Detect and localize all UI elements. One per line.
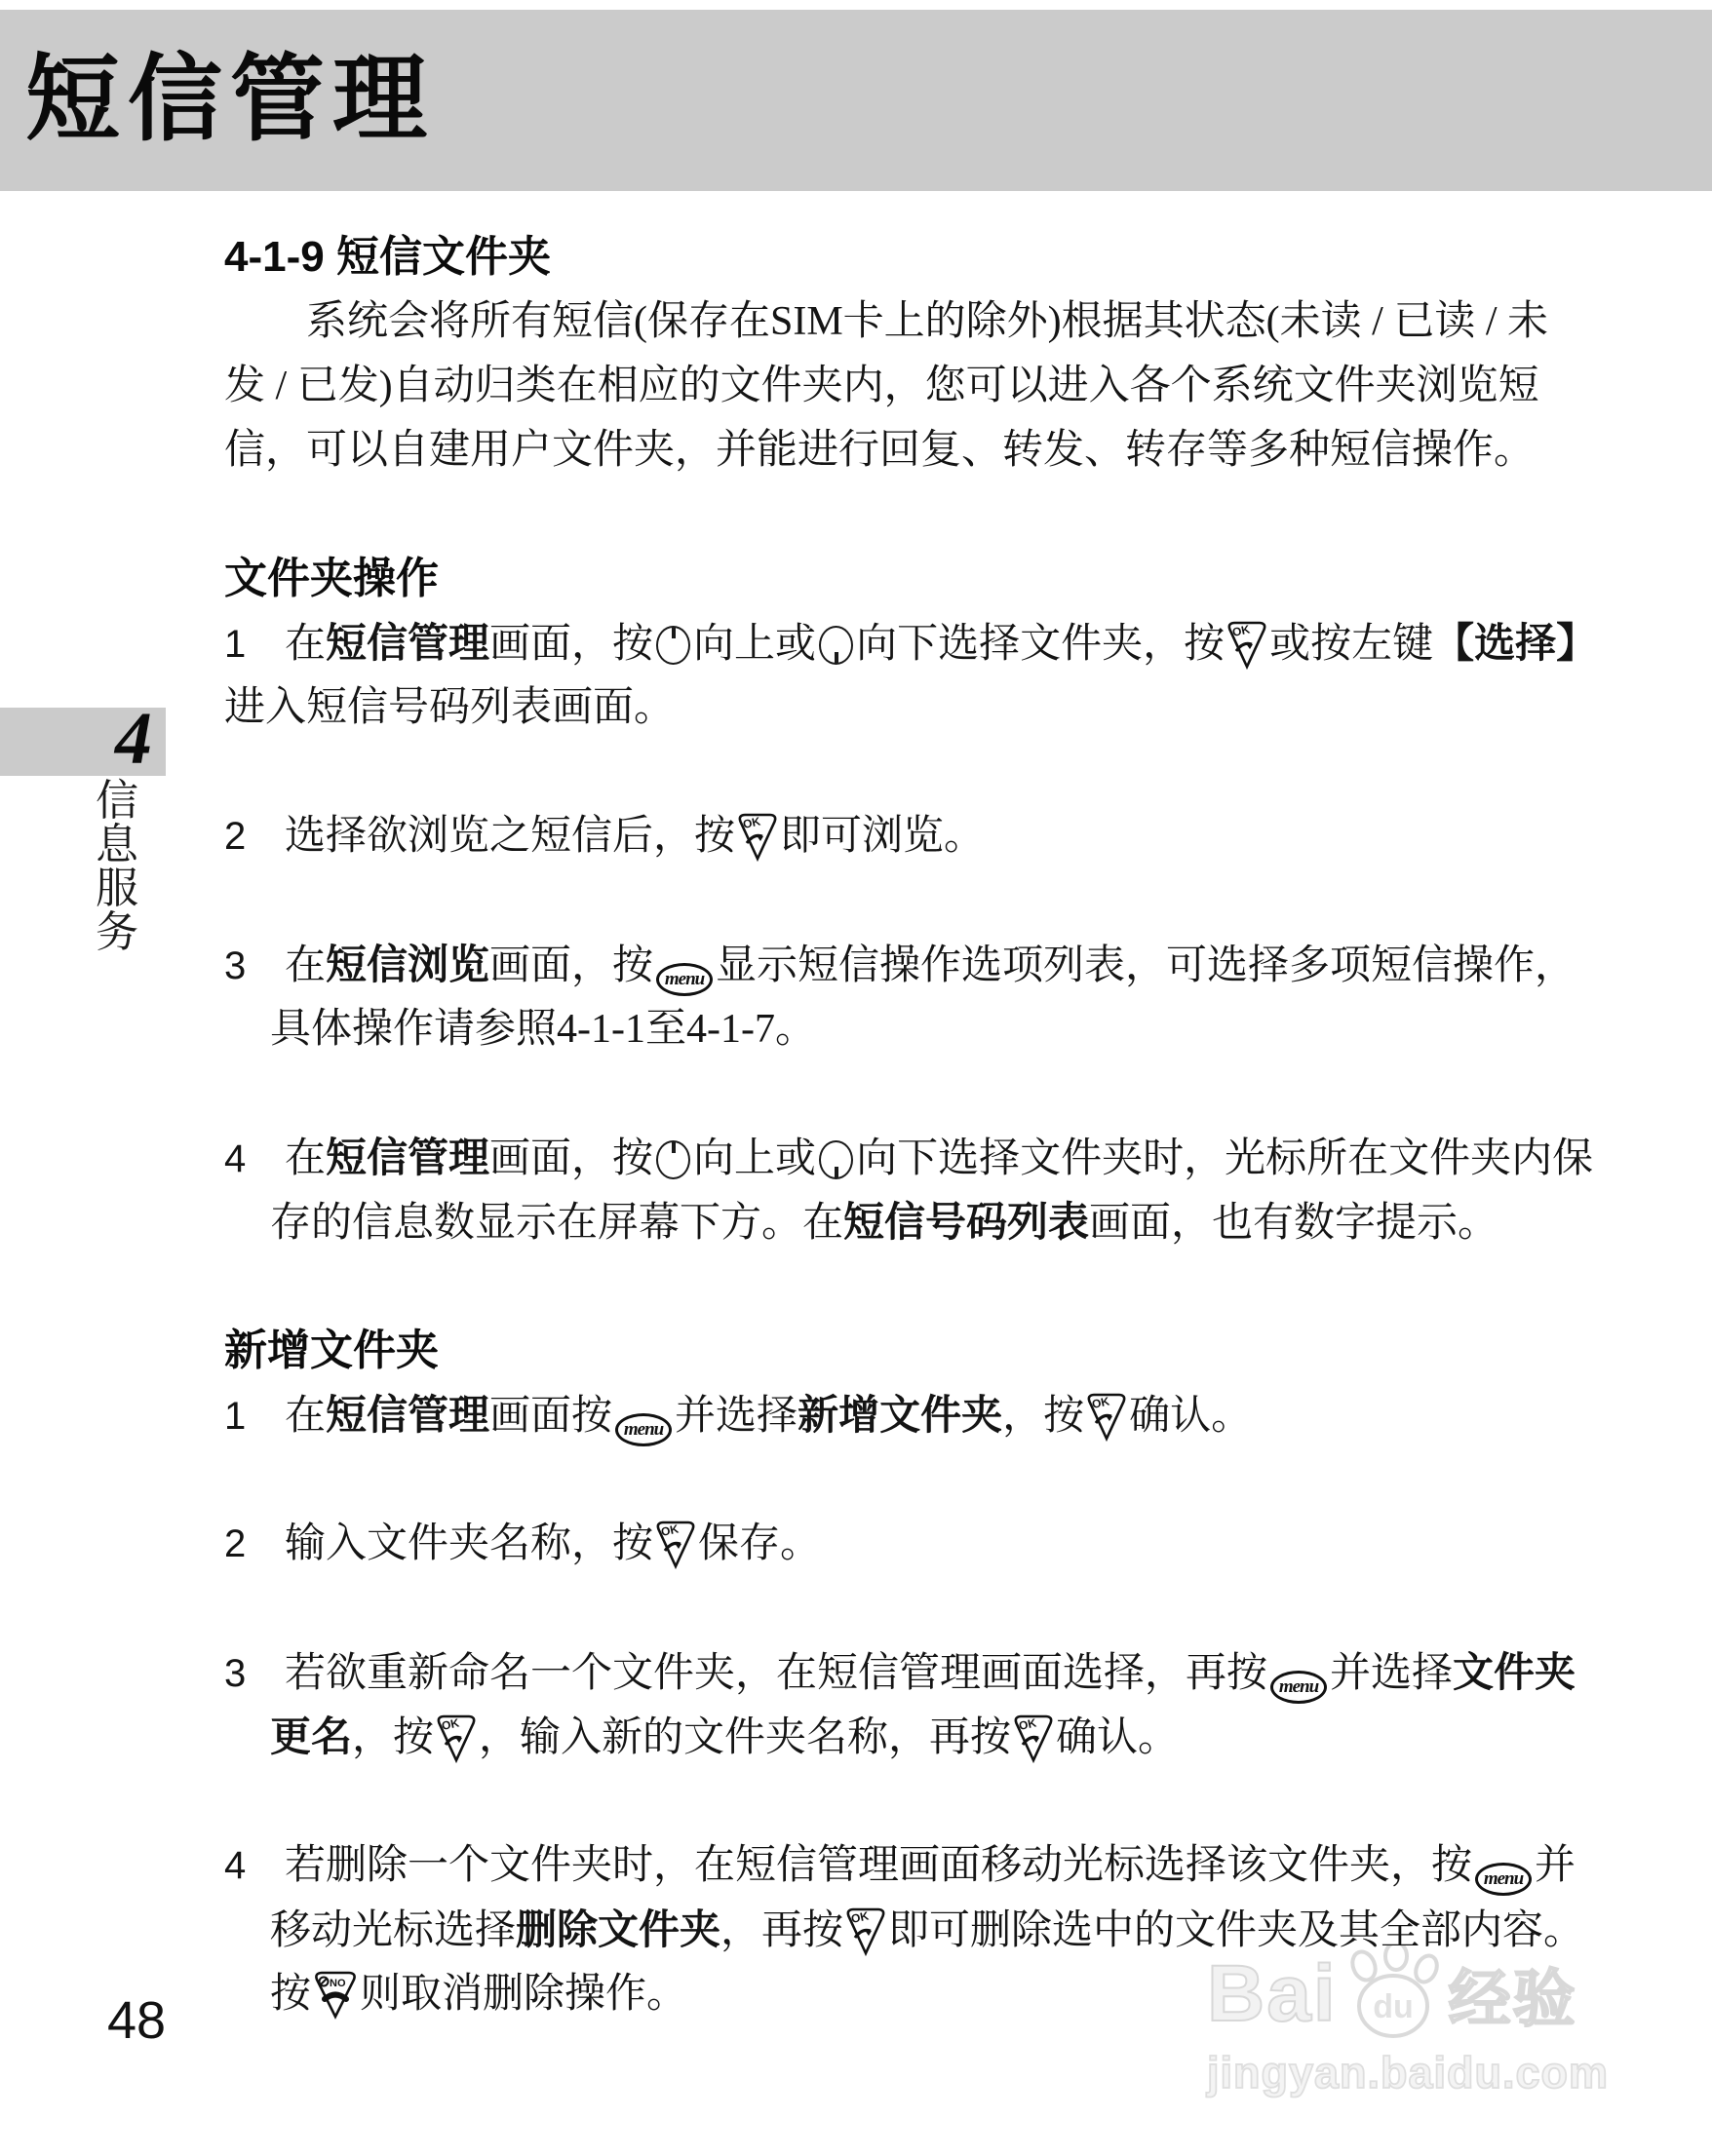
bold-text-segment: 文件夹 — [1453, 1649, 1576, 1695]
bold-text-segment: 短信浏览 — [326, 942, 489, 987]
list-item-line: 移动光标选择删除文件夹，再按OK即可删除选中的文件夹及其全部内容。 — [224, 1898, 1521, 1962]
paragraph-line: 系统会将所有短信(保存在SIM卡上的除外)根据其状态(未读 / 已读 / 未 — [224, 289, 1521, 354]
text-segment: 在 — [285, 1136, 326, 1181]
up-tick — [672, 628, 676, 638]
list-item-line: 具体操作请参照4-1-1至4-1-7。 — [224, 997, 1521, 1061]
text-segment: 保存。 — [698, 1521, 821, 1566]
page-number: 48 — [107, 1988, 166, 2053]
list-item-line: 存的信息数显示在屏幕下方。在短信号码列表画面，也有数字提示。 — [224, 1190, 1521, 1254]
bold-text-segment: 短信管理 — [326, 1392, 489, 1438]
list-item-line: 4在短信管理画面，按向上或向下选择文件夹时，光标所在文件夹内保 — [224, 1126, 1521, 1190]
ok-key-icon: OK — [436, 1713, 477, 1763]
ok-key-icon: OK — [737, 811, 778, 862]
menu-key-icon: menu — [656, 963, 713, 996]
list-item-number: 2 — [224, 1512, 285, 1576]
list-item: 1在短信管理画面按menu并选择新增文件夹，按OK确认。 — [224, 1383, 1521, 1447]
list-item-line: 3在短信浏览画面，按menu显示短信操作选项列表，可选择多项短信操作， — [224, 933, 1521, 997]
text-segment: 并选择 — [1330, 1651, 1453, 1696]
ok-key-icon: OK — [1013, 1713, 1054, 1763]
section-heading: 新增文件夹 — [224, 1319, 1521, 1383]
text-segment: 或按左键 — [1269, 622, 1433, 667]
chapter-number-box: 4 — [0, 708, 166, 776]
text-segment: 向下选择文件夹时，光标所在文件夹内保 — [856, 1136, 1593, 1181]
text-segment: 则取消删除操作。 — [360, 1972, 687, 2017]
up-key-icon — [656, 626, 690, 665]
list-item: 3若欲重新命名一个文件夹，在短信管理画面选择，再按menu并选择文件夹更名，按O… — [224, 1640, 1521, 1769]
svg-text:OK: OK — [1018, 1715, 1038, 1733]
text-segment: ，输入新的文件夹名称，再按 — [479, 1715, 1011, 1760]
text-segment: 进入短信号码列表画面。 — [224, 685, 675, 730]
list-item-line: 进入短信号码列表画面。 — [224, 675, 1521, 740]
no-key-icon: NO — [313, 1969, 358, 2020]
list-item-number: 1 — [224, 1384, 285, 1448]
list-item: 3在短信浏览画面，按menu显示短信操作选项列表，可选择多项短信操作，具体操作请… — [224, 933, 1521, 1061]
text-segment: 存的信息数显示在屏幕下方。在 — [270, 1201, 843, 1246]
ok-key-icon: OK — [845, 1906, 886, 1956]
text-segment: ，按 — [1002, 1394, 1084, 1439]
section-heading: 文件夹操作 — [224, 547, 1521, 611]
chapter-label-char: 息 — [92, 823, 142, 866]
text-segment: 在 — [285, 943, 326, 988]
list-item-number: 3 — [224, 934, 285, 998]
bold-text-segment: 短信管理 — [326, 620, 489, 666]
down-key-icon — [819, 1140, 853, 1179]
paragraph-line: 发 / 已发)自动归类在相应的文件夹内，您可以进入各个系统文件夹浏览短 — [224, 354, 1521, 418]
text-segment: 画面按 — [489, 1394, 612, 1439]
list-item: 4若删除一个文件夹时，在短信管理画面移动光标选择该文件夹，按menu并移动光标选… — [224, 1833, 1521, 2026]
paragraph-line: 信，可以自建用户文件夹，并能进行回复、转发、转存等多种短信操作。 — [224, 418, 1521, 482]
up-key-icon — [656, 1140, 690, 1179]
svg-text:OK: OK — [742, 814, 762, 831]
text-segment: 在 — [285, 622, 326, 667]
list-item-line: 4若删除一个文件夹时，在短信管理画面移动光标选择该文件夹，按menu并 — [224, 1833, 1521, 1898]
menu-key-icon: menu — [1475, 1863, 1532, 1896]
list-item: 4在短信管理画面，按向上或向下选择文件夹时，光标所在文件夹内保存的信息数显示在屏… — [224, 1126, 1521, 1254]
svg-text:NO: NO — [330, 1978, 346, 1989]
list-item-line: 更名，按OK，输入新的文件夹名称，再按OK确认。 — [224, 1705, 1521, 1769]
bold-text-segment: 更名 — [270, 1713, 352, 1759]
down-tick — [835, 1167, 838, 1177]
bold-text-segment: 新增文件夹 — [798, 1392, 1002, 1438]
text-segment: 移动光标选择 — [270, 1908, 516, 1953]
text-segment: 系统会将所有短信(保存在SIM卡上的除外)根据其状态(未读 / 已读 / 未 — [306, 299, 1548, 344]
text-segment: 在 — [285, 1394, 326, 1439]
text-segment: 确认。 — [1056, 1715, 1179, 1760]
svg-text:OK: OK — [850, 1908, 871, 1926]
bold-text-segment: 【选择】 — [1433, 620, 1597, 666]
text-segment: 并 — [1535, 1843, 1576, 1888]
text-segment: 选择欲浏览之短信后，按 — [285, 814, 735, 859]
text-segment: 确认。 — [1129, 1394, 1252, 1439]
svg-text:OK: OK — [660, 1521, 681, 1539]
ok-key-icon: OK — [655, 1519, 696, 1569]
chapter-label-char: 信 — [92, 779, 142, 823]
text-segment: 画面，也有数字提示。 — [1089, 1201, 1498, 1246]
text-segment: 向下选择文件夹，按 — [856, 622, 1225, 667]
list-item-line: 3若欲重新命名一个文件夹，在短信管理画面选择，再按menu并选择文件夹 — [224, 1640, 1521, 1705]
text-segment: 向上或 — [693, 1136, 816, 1181]
text-segment: 显示短信操作选项列表，可选择多项短信操作， — [716, 943, 1576, 988]
down-tick — [835, 652, 838, 663]
chapter-number: 4 — [115, 702, 152, 776]
document-body: 4-1-9 短信文件夹系统会将所有短信(保存在SIM卡上的除外)根据其状态(未读… — [224, 225, 1521, 2026]
text-segment: 若删除一个文件夹时，在短信管理画面移动光标选择该文件夹，按 — [285, 1843, 1472, 1888]
svg-text:OK: OK — [1231, 622, 1252, 639]
svg-text:OK: OK — [441, 1715, 461, 1733]
menu-key-icon: menu — [615, 1413, 672, 1446]
text-segment: 即可浏览。 — [780, 814, 985, 859]
list-item: 2输入文件夹名称，按OK保存。 — [224, 1512, 1521, 1576]
text-segment: 按 — [270, 1972, 311, 2017]
list-item: 1在短信管理画面，按向上或向下选择文件夹，按OK或按左键【选择】进入短信号码列表… — [224, 611, 1521, 740]
list-item-number: 3 — [224, 1641, 285, 1706]
list-item-line: 1在短信管理画面按menu并选择新增文件夹，按OK确认。 — [224, 1383, 1521, 1447]
list-item-number: 1 — [224, 612, 285, 676]
text-segment: 画面，按 — [489, 1136, 653, 1181]
list-item-line: 1在短信管理画面，按向上或向下选择文件夹，按OK或按左键【选择】 — [224, 611, 1521, 675]
text-segment: 向上或 — [693, 622, 816, 667]
manual-page: 短信管理 4 信息服务 4-1-9 短信文件夹系统会将所有短信(保存在SIM卡上… — [0, 0, 1712, 2156]
text-segment: ，再按 — [720, 1908, 843, 1953]
text-segment: 发 / 已发)自动归类在相应的文件夹内，您可以进入各个系统文件夹浏览短 — [224, 364, 1539, 408]
list-item-line: 2输入文件夹名称，按OK保存。 — [224, 1512, 1521, 1576]
ok-key-icon: OK — [1086, 1391, 1127, 1442]
text-segment: 信，可以自建用户文件夹，并能进行回复、转发、转存等多种短信操作。 — [224, 428, 1535, 473]
bold-text-segment: 短信管理 — [326, 1135, 489, 1180]
text-segment: 输入文件夹名称，按 — [285, 1521, 653, 1566]
list-item-number: 2 — [224, 804, 285, 868]
section-heading: 4-1-9 短信文件夹 — [224, 225, 1521, 289]
chapter-label-vertical: 信息服务 — [92, 779, 142, 954]
text-segment: 若欲重新命名一个文件夹，在短信管理画面选择，再按 — [285, 1651, 1267, 1696]
chapter-label-char: 服 — [92, 866, 142, 910]
list-item-line: 2选择欲浏览之短信后，按OK即可浏览。 — [224, 804, 1521, 868]
text-segment: 即可删除选中的文件夹及其全部内容。 — [888, 1908, 1584, 1953]
intro-paragraph: 系统会将所有短信(保存在SIM卡上的除外)根据其状态(未读 / 已读 / 未发 … — [224, 289, 1521, 482]
list-item: 2选择欲浏览之短信后，按OK即可浏览。 — [224, 804, 1521, 868]
ok-key-icon: OK — [1226, 619, 1267, 670]
svg-text:OK: OK — [1091, 1394, 1111, 1411]
down-key-icon — [819, 626, 853, 665]
text-segment: 具体操作请参照4-1-1至4-1-7。 — [270, 1007, 816, 1052]
text-segment: ，按 — [352, 1715, 434, 1760]
chapter-title: 短信管理 — [0, 10, 1712, 191]
list-item-number: 4 — [224, 1833, 285, 1898]
chapter-banner: 短信管理 — [0, 10, 1712, 191]
list-item-line: 按NO则取消删除操作。 — [224, 1962, 1521, 2026]
watermark-url: jingyan.baidu.com — [1207, 2047, 1626, 2099]
bold-text-segment: 短信号码列表 — [843, 1199, 1089, 1245]
bold-text-segment: 删除文件夹 — [516, 1906, 720, 1952]
list-item-number: 4 — [224, 1127, 285, 1191]
text-segment: 画面，按 — [489, 943, 653, 988]
chapter-label-char: 务 — [92, 910, 142, 954]
text-segment: 画面，按 — [489, 622, 653, 667]
text-segment: 并选择 — [675, 1394, 798, 1439]
menu-key-icon: menu — [1270, 1671, 1327, 1704]
up-tick — [672, 1142, 676, 1153]
